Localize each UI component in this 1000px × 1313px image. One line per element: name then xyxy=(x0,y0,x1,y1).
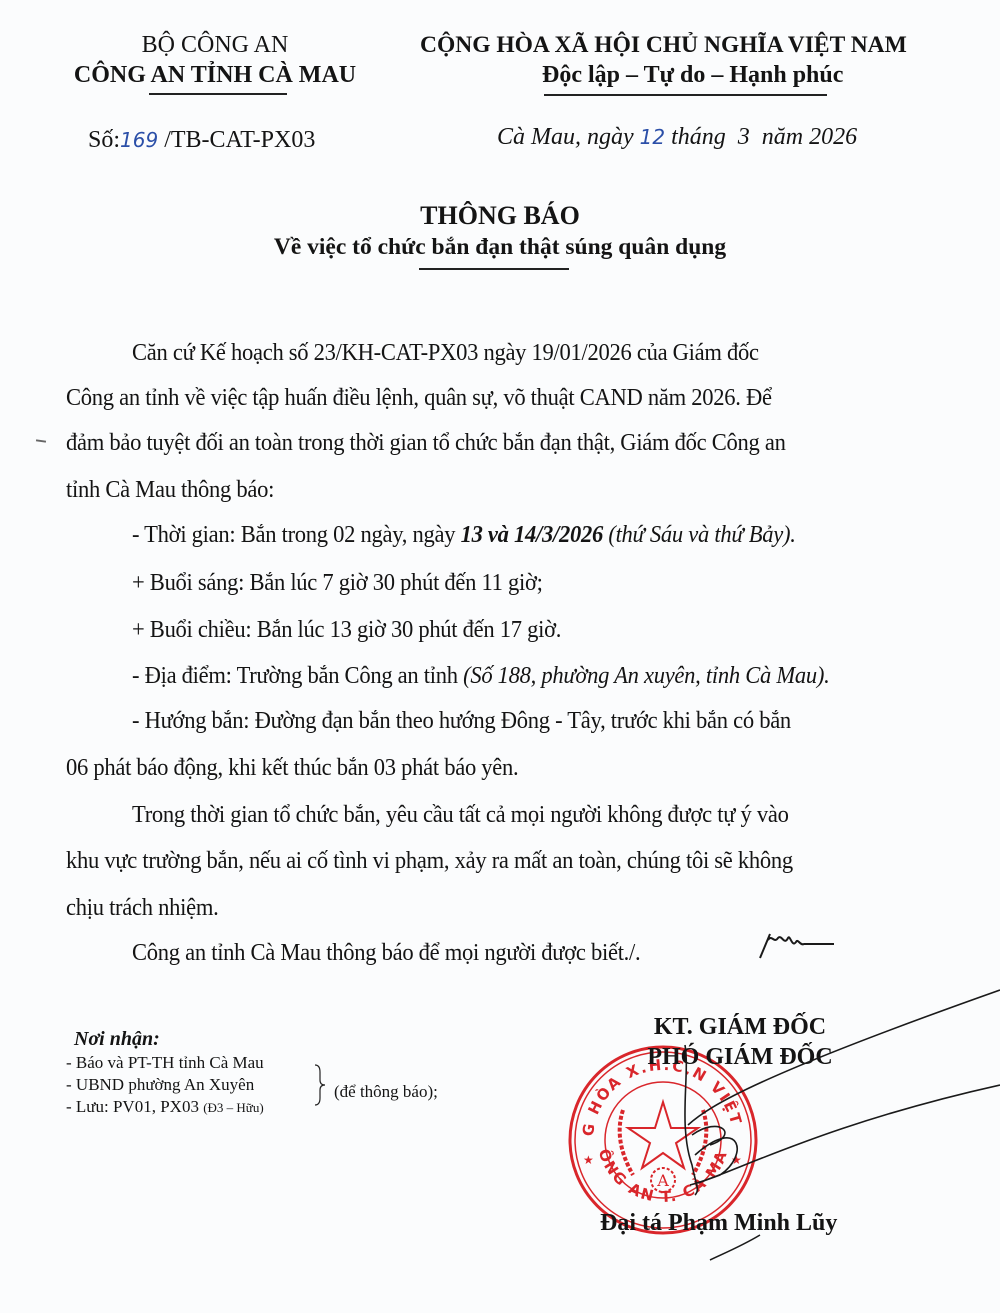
closing-line: Công an tỉnh Cà Mau thông báo để mọi ngư… xyxy=(132,940,640,967)
unit-name: CÔNG AN TỈNH CÀ MAU xyxy=(40,60,390,90)
direction-line-2: 06 phát báo động, khi kết thúc bắn 03 ph… xyxy=(66,755,518,782)
location-line: - Địa điểm: Trường bắn Công an tỉnh (Số … xyxy=(132,663,829,690)
doc-number-suffix: /TB-CAT-PX03 xyxy=(164,127,315,153)
time-line: - Thời gian: Bắn trong 02 ngày, ngày 13 … xyxy=(132,522,796,549)
document-subject: Về việc tổ chức bắn đạn thật súng quân d… xyxy=(0,232,1000,262)
national-motto: Độc lập – Tự do – Hạnh phúc xyxy=(420,60,960,90)
intro-line-1: Căn cứ Kế hoạch số 23/KH-CAT-PX03 ngày 1… xyxy=(132,340,759,367)
national-header: CỘNG HÒA XÃ HỘI CHỦ NGHĨA VIỆT NAM Độc l… xyxy=(420,30,960,96)
recipients-block: Nơi nhận: - Báo và PT-TH tỉnh Cà Mau - U… xyxy=(66,1028,264,1119)
intro-line-4: tỉnh Cà Mau thông báo: xyxy=(66,477,274,504)
margin-mark xyxy=(36,439,46,442)
recipient-item: - UBND phường An Xuyên xyxy=(66,1074,264,1096)
intro-line-3: đảm bảo tuyệt đối an toàn trong thời gia… xyxy=(66,430,786,457)
date-suffix: tháng 3 năm 2026 xyxy=(671,124,857,150)
morning-session: + Buổi sáng: Bắn lúc 7 giờ 30 phút đến 1… xyxy=(132,570,543,597)
title-underline xyxy=(419,268,569,270)
document-title: THÔNG BÁO Về việc tổ chức bắn đạn thật s… xyxy=(0,200,1000,270)
initials-mark xyxy=(756,930,836,960)
recipient-brace xyxy=(314,1064,326,1106)
svg-text:★: ★ xyxy=(583,1153,594,1167)
archive-label: - Lưu: PV01, PX03 xyxy=(66,1097,199,1116)
place-date: Cà Mau, ngày 12 tháng 3 năm 2026 xyxy=(497,124,857,151)
time-label: - Thời gian: Bắn trong 02 ngày, ngày xyxy=(132,522,461,548)
document-type: THÔNG BÁO xyxy=(0,200,1000,232)
recipient-group-note: (để thông báo); xyxy=(334,1082,438,1102)
date-prefix: Cà Mau, ngày xyxy=(497,124,634,150)
location-label: - Địa điểm: Trường bắn Công an tỉnh xyxy=(132,663,463,689)
doc-number-handwritten: 169 xyxy=(120,128,158,152)
recipient-item: - Báo và PT-TH tỉnh Cà Mau xyxy=(66,1052,264,1074)
date-day-handwritten: 12 xyxy=(640,125,665,149)
time-days: (thứ Sáu và thứ Bảy). xyxy=(603,522,796,548)
archive-note: (Đ3 – Hữu) xyxy=(203,1100,263,1115)
issuing-authority: BỘ CÔNG AN CÔNG AN TỈNH CÀ MAU xyxy=(40,30,390,95)
direction-line-1: - Hướng bắn: Đường đạn bắn theo hướng Đô… xyxy=(132,708,791,735)
location-address: (Số 188, phường An xuyên, tỉnh Cà Mau). xyxy=(463,663,829,689)
warning-line-1: Trong thời gian tổ chức bắn, yêu cầu tất… xyxy=(132,802,789,829)
time-dates: 13 và 14/3/2026 xyxy=(461,522,603,548)
nation-name: CỘNG HÒA XÃ HỘI CHỦ NGHĨA VIỆT NAM xyxy=(420,30,960,60)
warning-line-2: khu vực trường bắn, nếu ai cố tình vi ph… xyxy=(66,848,793,875)
warning-line-3: chịu trách nhiệm. xyxy=(66,895,218,922)
afternoon-session: + Buổi chiều: Bắn lúc 13 giờ 30 phút đến… xyxy=(132,617,561,644)
unit-underline xyxy=(149,93,287,95)
document-number: Số:169 /TB-CAT-PX03 xyxy=(88,127,315,154)
signer-name: Đại tá Phạm Minh Lũy xyxy=(600,1210,837,1237)
intro-line-2: Công an tỉnh về việc tập huấn điều lệnh,… xyxy=(66,385,772,412)
motto-underline xyxy=(544,94,827,96)
ministry-name: BỘ CÔNG AN xyxy=(40,30,390,60)
doc-number-prefix: Số: xyxy=(88,127,120,153)
recipient-item: - Lưu: PV01, PX03 (Đ3 – Hữu) xyxy=(66,1096,264,1119)
recipients-title: Nơi nhận: xyxy=(66,1028,264,1050)
